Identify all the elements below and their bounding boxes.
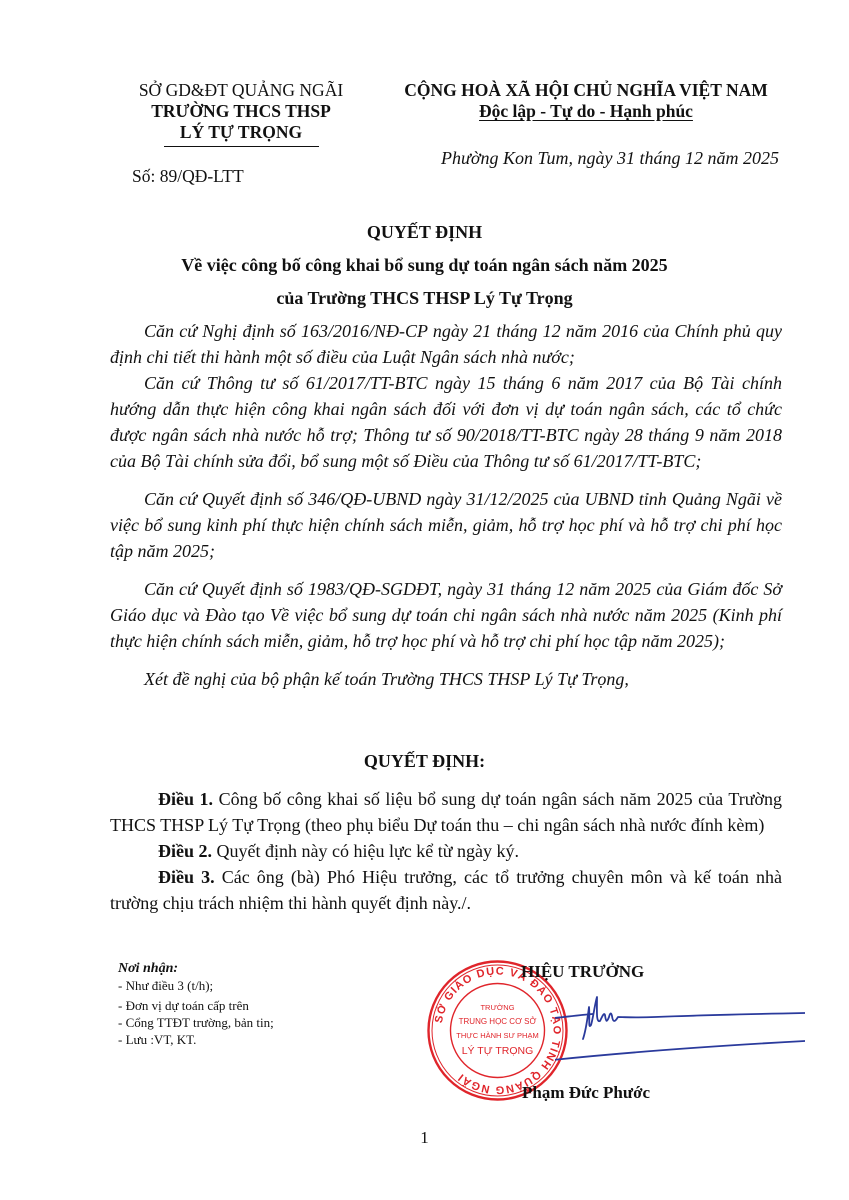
article-label: Điều 3. [158,867,215,887]
school-name-line2: LÝ TỰ TRỌNG [110,122,372,143]
article-3: Điều 3. Các ông (bà) Phó Hiệu trưởng, cá… [110,864,782,916]
document-number: Số: 89/QĐ-LTT [132,166,244,187]
nation-name: CỘNG HOÀ XÃ HỘI CHỦ NGHĨA VIỆT NAM [366,80,806,101]
svg-text:THỰC HÀNH SƯ PHẠM: THỰC HÀNH SƯ PHẠM [456,1031,538,1040]
svg-text:TRƯỜNG: TRƯỜNG [480,1003,514,1012]
recipient-item: - Cổng TTĐT trường, bản tin; [118,1014,274,1031]
page-number: 1 [0,1128,849,1148]
signatory-name: Phạm Đức Phước [522,1083,650,1103]
articles: Điều 1. Công bố công khai số liệu bổ sun… [110,786,782,916]
signatory-title: HIỆU TRƯỞNG [521,962,644,982]
recipients-block: Nơi nhận: - Như điều 3 (t/h); - Đơn vị d… [118,960,274,1048]
national-motto: Độc lập - Tự do - Hạnh phúc [479,101,693,121]
decision-heading: QUYẾT ĐỊNH: [0,751,849,772]
document-subject-line2: của Trường THCS THSP Lý Tự Trọng [0,288,849,309]
issuing-agency-block: SỞ GD&ĐT QUẢNG NGÃI TRƯỜNG THCS THSP LÝ … [110,80,372,147]
article-1: Điều 1. Công bố công khai số liệu bổ sun… [110,786,782,838]
national-header: CỘNG HOÀ XÃ HỘI CHỦ NGHĨA VIỆT NAM Độc l… [366,80,806,122]
legal-basis-4: Căn cứ Quyết định số 1983/QĐ-SGDĐT, ngày… [110,576,782,654]
legal-bases: Căn cứ Nghị định số 163/2016/NĐ-CP ngày … [110,318,782,692]
agency-name: SỞ GD&ĐT QUẢNG NGÃI [110,80,372,101]
svg-text:TRUNG HỌC CƠ SỞ: TRUNG HỌC CƠ SỞ [459,1017,537,1026]
handwritten-signature-icon [555,995,805,1065]
legal-basis-2: Căn cứ Thông tư số 61/2017/TT-BTC ngày 1… [110,370,782,474]
article-text: Quyết định này có hiệu lực kể từ ngày ký… [212,841,519,861]
legal-basis-5: Xét đề nghị của bộ phận kế toán Trường T… [110,666,782,692]
article-label: Điều 2. [158,841,212,861]
header-left-rule [164,146,319,147]
recipient-item: - Đơn vị dự toán cấp trên [118,997,274,1014]
article-2: Điều 2. Quyết định này có hiệu lực kể từ… [110,838,782,864]
place-date: Phường Kon Tum, ngày 31 tháng 12 năm 202… [410,148,810,169]
legal-basis-1: Căn cứ Nghị định số 163/2016/NĐ-CP ngày … [110,318,782,370]
document-title: QUYẾT ĐỊNH [0,222,849,243]
legal-basis-3: Căn cứ Quyết định số 346/QĐ-UBND ngày 31… [110,486,782,564]
school-name-line1: TRƯỜNG THCS THSP [110,101,372,122]
document-subject-line1: Về việc công bố công khai bổ sung dự toá… [0,255,849,276]
recipients-heading: Nơi nhận: [118,960,274,977]
recipient-item: - Như điều 3 (t/h); [118,977,274,994]
svg-text:LÝ TỰ TRỌNG: LÝ TỰ TRỌNG [462,1044,534,1057]
article-label: Điều 1. [158,789,213,809]
recipient-item: - Lưu :VT, KT. [118,1031,274,1048]
